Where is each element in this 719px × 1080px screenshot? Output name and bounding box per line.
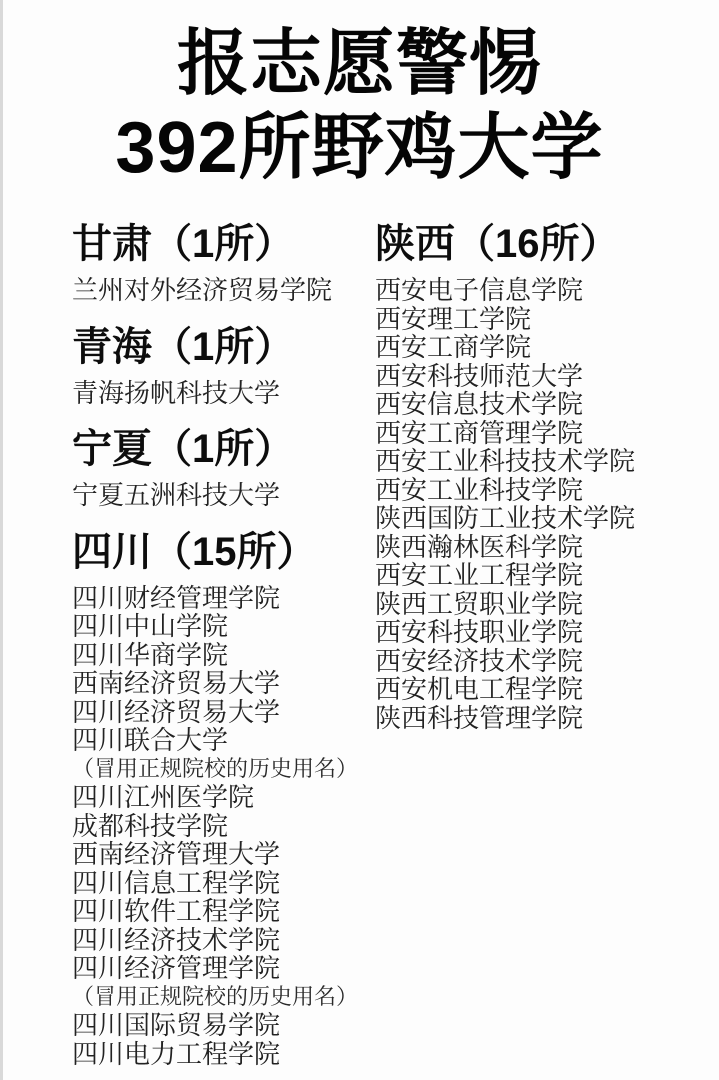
section-header-gansu: 甘肃（1所）	[72, 220, 375, 268]
university-item: 西安工商管理学院	[375, 419, 635, 448]
poster-title-line1: 报志愿警惕	[0, 22, 719, 106]
university-item: 四川软件工程学院	[72, 897, 375, 926]
section-header-ningxia: 宁夏（1所）	[72, 425, 375, 473]
left-column: 甘肃（1所） 兰州对外经济贸易学院 青海（1所） 青海扬帆科技大学 宁夏（1所）…	[72, 206, 375, 1068]
university-item: 西安机电工程学院	[375, 675, 635, 704]
university-item: 兰州对外经济贸易学院	[72, 276, 375, 305]
university-item: 四川国际贸易学院	[72, 1011, 375, 1040]
university-item: 陕西瀚林医科学院	[375, 533, 635, 562]
university-item: 四川联合大学	[72, 726, 375, 755]
section-sichuan: 四川（15所） 四川财经管理学院 四川中山学院 四川华商学院 西南经济贸易大学 …	[72, 528, 375, 1069]
university-item: 西安工业科技技术学院	[375, 447, 635, 476]
university-item: 四川经济技术学院	[72, 926, 375, 955]
section-qinghai: 青海（1所） 青海扬帆科技大学	[72, 323, 375, 408]
university-item: 四川经济贸易大学	[72, 698, 375, 727]
university-item: 成都科技学院	[72, 812, 375, 841]
section-ningxia: 宁夏（1所） 宁夏五洲科技大学	[72, 425, 375, 510]
note-item: （冒用正规院校的历史用名）	[72, 983, 375, 1012]
university-item: 西安理工学院	[375, 305, 635, 334]
university-item: 陕西工贸职业学院	[375, 590, 635, 619]
university-item: 西南经济贸易大学	[72, 669, 375, 698]
poster-title-line2: 392所野鸡大学	[0, 106, 719, 190]
poster-title: 报志愿警惕 392所野鸡大学	[0, 0, 719, 190]
university-item: 宁夏五洲科技大学	[72, 481, 375, 510]
university-item: 西安科技职业学院	[375, 618, 635, 647]
section-header-shaanxi: 陕西（16所）	[375, 220, 635, 268]
section-header-qinghai: 青海（1所）	[72, 323, 375, 371]
section-header-sichuan: 四川（15所）	[72, 528, 375, 576]
right-column: 陕西（16所） 西安电子信息学院 西安理工学院 西安工商学院 西安科技师范大学 …	[375, 206, 635, 732]
columns-container: 甘肃（1所） 兰州对外经济贸易学院 青海（1所） 青海扬帆科技大学 宁夏（1所）…	[0, 206, 719, 1068]
section-shaanxi: 陕西（16所） 西安电子信息学院 西安理工学院 西安工商学院 西安科技师范大学 …	[375, 220, 635, 732]
university-item: 青海扬帆科技大学	[72, 379, 375, 408]
university-item: 四川经济管理学院	[72, 954, 375, 983]
university-item: 四川信息工程学院	[72, 869, 375, 898]
note-item: （冒用正规院校的历史用名）	[72, 755, 375, 784]
university-item: 四川江州医学院	[72, 783, 375, 812]
university-item: 西安工业科技学院	[375, 476, 635, 505]
university-item: 西安工业工程学院	[375, 561, 635, 590]
university-item: 西安信息技术学院	[375, 390, 635, 419]
section-gansu: 甘肃（1所） 兰州对外经济贸易学院	[72, 220, 375, 305]
university-item: 四川中山学院	[72, 612, 375, 641]
university-item: 陕西国防工业技术学院	[375, 504, 635, 533]
university-item: 西安工商学院	[375, 333, 635, 362]
poster-page: 报志愿警惕 392所野鸡大学 甘肃（1所） 兰州对外经济贸易学院 青海（1所） …	[0, 0, 719, 1080]
university-item: 西安经济技术学院	[375, 647, 635, 676]
university-item: 陕西科技管理学院	[375, 704, 635, 733]
university-item: 西南经济管理大学	[72, 840, 375, 869]
university-item: 四川华商学院	[72, 641, 375, 670]
university-item: 四川电力工程学院	[72, 1040, 375, 1069]
university-item: 四川财经管理学院	[72, 584, 375, 613]
university-item: 西安电子信息学院	[375, 276, 635, 305]
university-item: 西安科技师范大学	[375, 362, 635, 391]
